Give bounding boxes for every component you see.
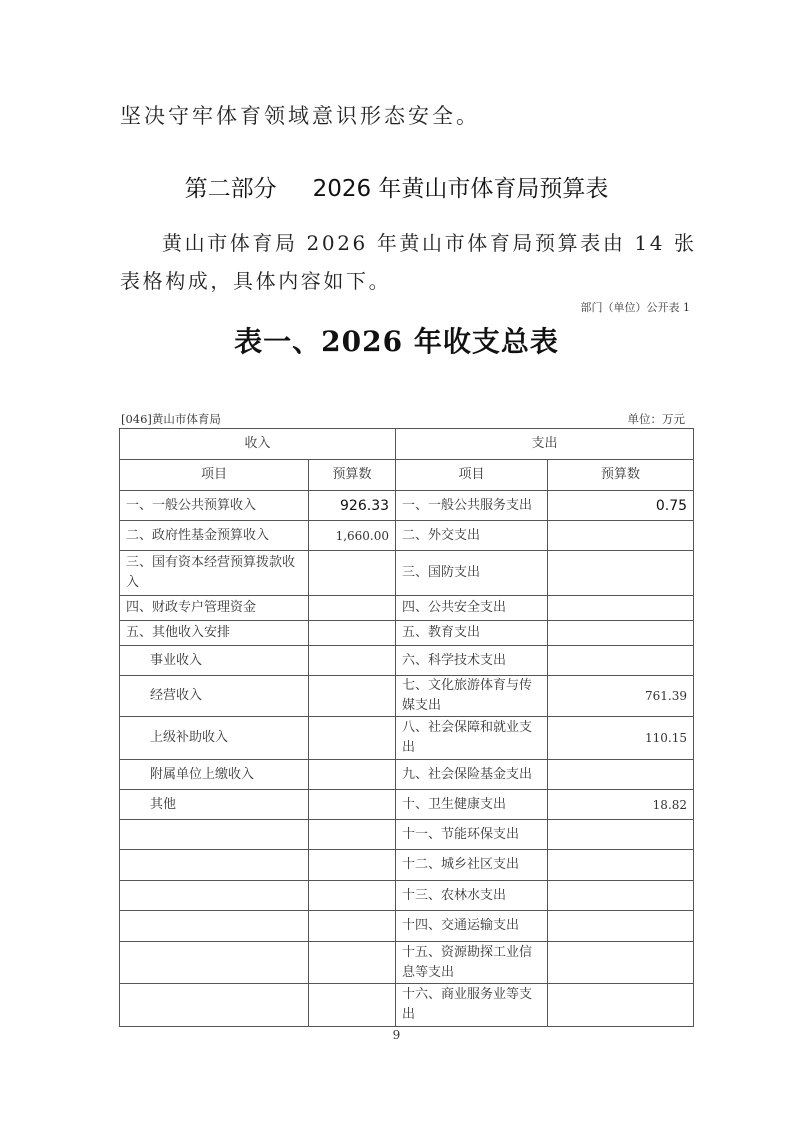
expense-item-cell: 九、社会保险基金支出 (396, 760, 548, 790)
expense-amount-cell (548, 521, 694, 551)
income-amount-cell (309, 911, 396, 942)
expense-item-cell: 六、科学技术支出 (396, 646, 548, 676)
expense-amount-cell (548, 596, 694, 621)
expense-amount-cell (548, 551, 694, 596)
table-row: 上级补助收入八、社会保障和就业支出110.15 (120, 717, 694, 760)
expense-amount-cell (548, 942, 694, 984)
income-amount-cell (309, 760, 396, 790)
income-item-cell: 五、其他收入安排 (120, 621, 309, 646)
income-item-cell: 附属单位上缴收入 (120, 760, 309, 790)
part-title-text: 2026 年黄山市体育局预算表 (313, 176, 609, 202)
income-amount-cell (309, 850, 396, 881)
table-row: 十三、农林水支出 (120, 881, 694, 911)
income-item-cell: 经营收入 (120, 676, 309, 717)
table-row: 一、一般公共预算收入926.33一、一般公共服务支出0.75 (120, 491, 694, 521)
income-amount-cell (309, 646, 396, 676)
income-amount-header: 预算数 (309, 460, 396, 491)
expense-amount-cell: 761.39 (548, 676, 694, 717)
income-item-cell: 上级补助收入 (120, 717, 309, 760)
expense-item-cell: 七、文化旅游体育与传媒支出 (396, 676, 548, 717)
table-title: 表一、2026 年收支总表 (0, 320, 793, 360)
income-item-cell (120, 984, 309, 1027)
expense-amount-cell (548, 820, 694, 850)
expense-amount-cell (548, 646, 694, 676)
table-row: 十六、商业服务业等支出 (120, 984, 694, 1027)
table-row: 三、国有资本经营预算拨款收入三、国防支出 (120, 551, 694, 596)
income-amount-cell (309, 621, 396, 646)
column-header-row: 项目 预算数 项目 预算数 (120, 460, 694, 491)
expense-amount-cell (548, 984, 694, 1027)
income-amount-cell (309, 942, 396, 984)
expense-item-cell: 十二、城乡社区支出 (396, 850, 548, 881)
income-item-cell: 四、财政专户管理资金 (120, 596, 309, 621)
income-item-cell: 二、政府性基金预算收入 (120, 521, 309, 551)
income-amount-cell (309, 881, 396, 911)
public-table-number: 部门（单位）公开表 1 (581, 299, 691, 315)
expense-amount-cell (548, 621, 694, 646)
closing-line: 坚决守牢体育领域意识形态安全。 (120, 100, 480, 130)
expense-item-cell: 十四、交通运输支出 (396, 911, 548, 942)
expense-amount-cell (548, 911, 694, 942)
income-group-header: 收入 (120, 429, 396, 460)
table-row: 四、财政专户管理资金四、公共安全支出 (120, 596, 694, 621)
expense-item-cell: 十一、节能环保支出 (396, 820, 548, 850)
expense-amount-cell: 110.15 (548, 717, 694, 760)
income-amount-cell (309, 820, 396, 850)
unit-code: [046]黄山市体育局 (121, 411, 221, 427)
income-item-cell (120, 942, 309, 984)
expense-amount-cell (548, 881, 694, 911)
income-item-cell: 三、国有资本经营预算拨款收入 (120, 551, 309, 596)
expense-amount-cell: 18.82 (548, 790, 694, 820)
income-amount-cell (309, 551, 396, 596)
income-amount-cell: 1,660.00 (309, 521, 396, 551)
income-item-cell (120, 850, 309, 881)
expense-amount-cell (548, 760, 694, 790)
income-item-cell: 其他 (120, 790, 309, 820)
expense-amount-cell (548, 850, 694, 881)
expense-item-cell: 十、卫生健康支出 (396, 790, 548, 820)
income-amount-cell (309, 984, 396, 1027)
expense-item-cell: 十三、农林水支出 (396, 881, 548, 911)
expense-item-cell: 二、外交支出 (396, 521, 548, 551)
expense-group-header: 支出 (396, 429, 694, 460)
expense-item-cell: 四、公共安全支出 (396, 596, 548, 621)
income-item-header: 项目 (120, 460, 309, 491)
expense-item-cell: 三、国防支出 (396, 551, 548, 596)
income-amount-cell (309, 790, 396, 820)
income-item-cell: 一、一般公共预算收入 (120, 491, 309, 521)
table-row: 附属单位上缴收入九、社会保险基金支出 (120, 760, 694, 790)
table-row: 其他十、卫生健康支出18.82 (120, 790, 694, 820)
table-row: 事业收入六、科学技术支出 (120, 646, 694, 676)
table-row: 十一、节能环保支出 (120, 820, 694, 850)
income-item-cell (120, 881, 309, 911)
expense-amount-header: 预算数 (548, 460, 694, 491)
expense-item-cell: 五、教育支出 (396, 621, 548, 646)
expense-item-cell: 八、社会保障和就业支出 (396, 717, 548, 760)
income-amount-cell: 926.33 (309, 491, 396, 521)
table-row: 十四、交通运输支出 (120, 911, 694, 942)
part-heading: 第二部分2026 年黄山市体育局预算表 (0, 170, 793, 203)
group-header-row: 收入 支出 (120, 429, 694, 460)
part-label: 第二部分 (185, 176, 277, 202)
income-item-cell (120, 820, 309, 850)
income-amount-cell (309, 676, 396, 717)
table-row: 十五、资源勘探工业信息等支出 (120, 942, 694, 984)
budget-summary-table: 收入 支出 项目 预算数 项目 预算数 一、一般公共预算收入926.33一、一般… (119, 428, 694, 1027)
expense-item-cell: 十五、资源勘探工业信息等支出 (396, 942, 548, 984)
table-row: 二、政府性基金预算收入1,660.00二、外交支出 (120, 521, 694, 551)
income-item-cell (120, 911, 309, 942)
page-number: 9 (0, 1028, 793, 1042)
expense-item-header: 项目 (396, 460, 548, 491)
table-row: 经营收入七、文化旅游体育与传媒支出761.39 (120, 676, 694, 717)
expense-item-cell: 一、一般公共服务支出 (396, 491, 548, 521)
income-item-cell: 事业收入 (120, 646, 309, 676)
intro-paragraph: 黄山市体育局 2026 年黄山市体育局预算表由 14 张表格构成，具体内容如下。 (120, 224, 700, 300)
expense-amount-cell: 0.75 (548, 491, 694, 521)
income-amount-cell (309, 596, 396, 621)
income-amount-cell (309, 717, 396, 760)
expense-item-cell: 十六、商业服务业等支出 (396, 984, 548, 1027)
unit-label: 单位：万元 (628, 411, 686, 427)
table-row: 十二、城乡社区支出 (120, 850, 694, 881)
table-row: 五、其他收入安排五、教育支出 (120, 621, 694, 646)
